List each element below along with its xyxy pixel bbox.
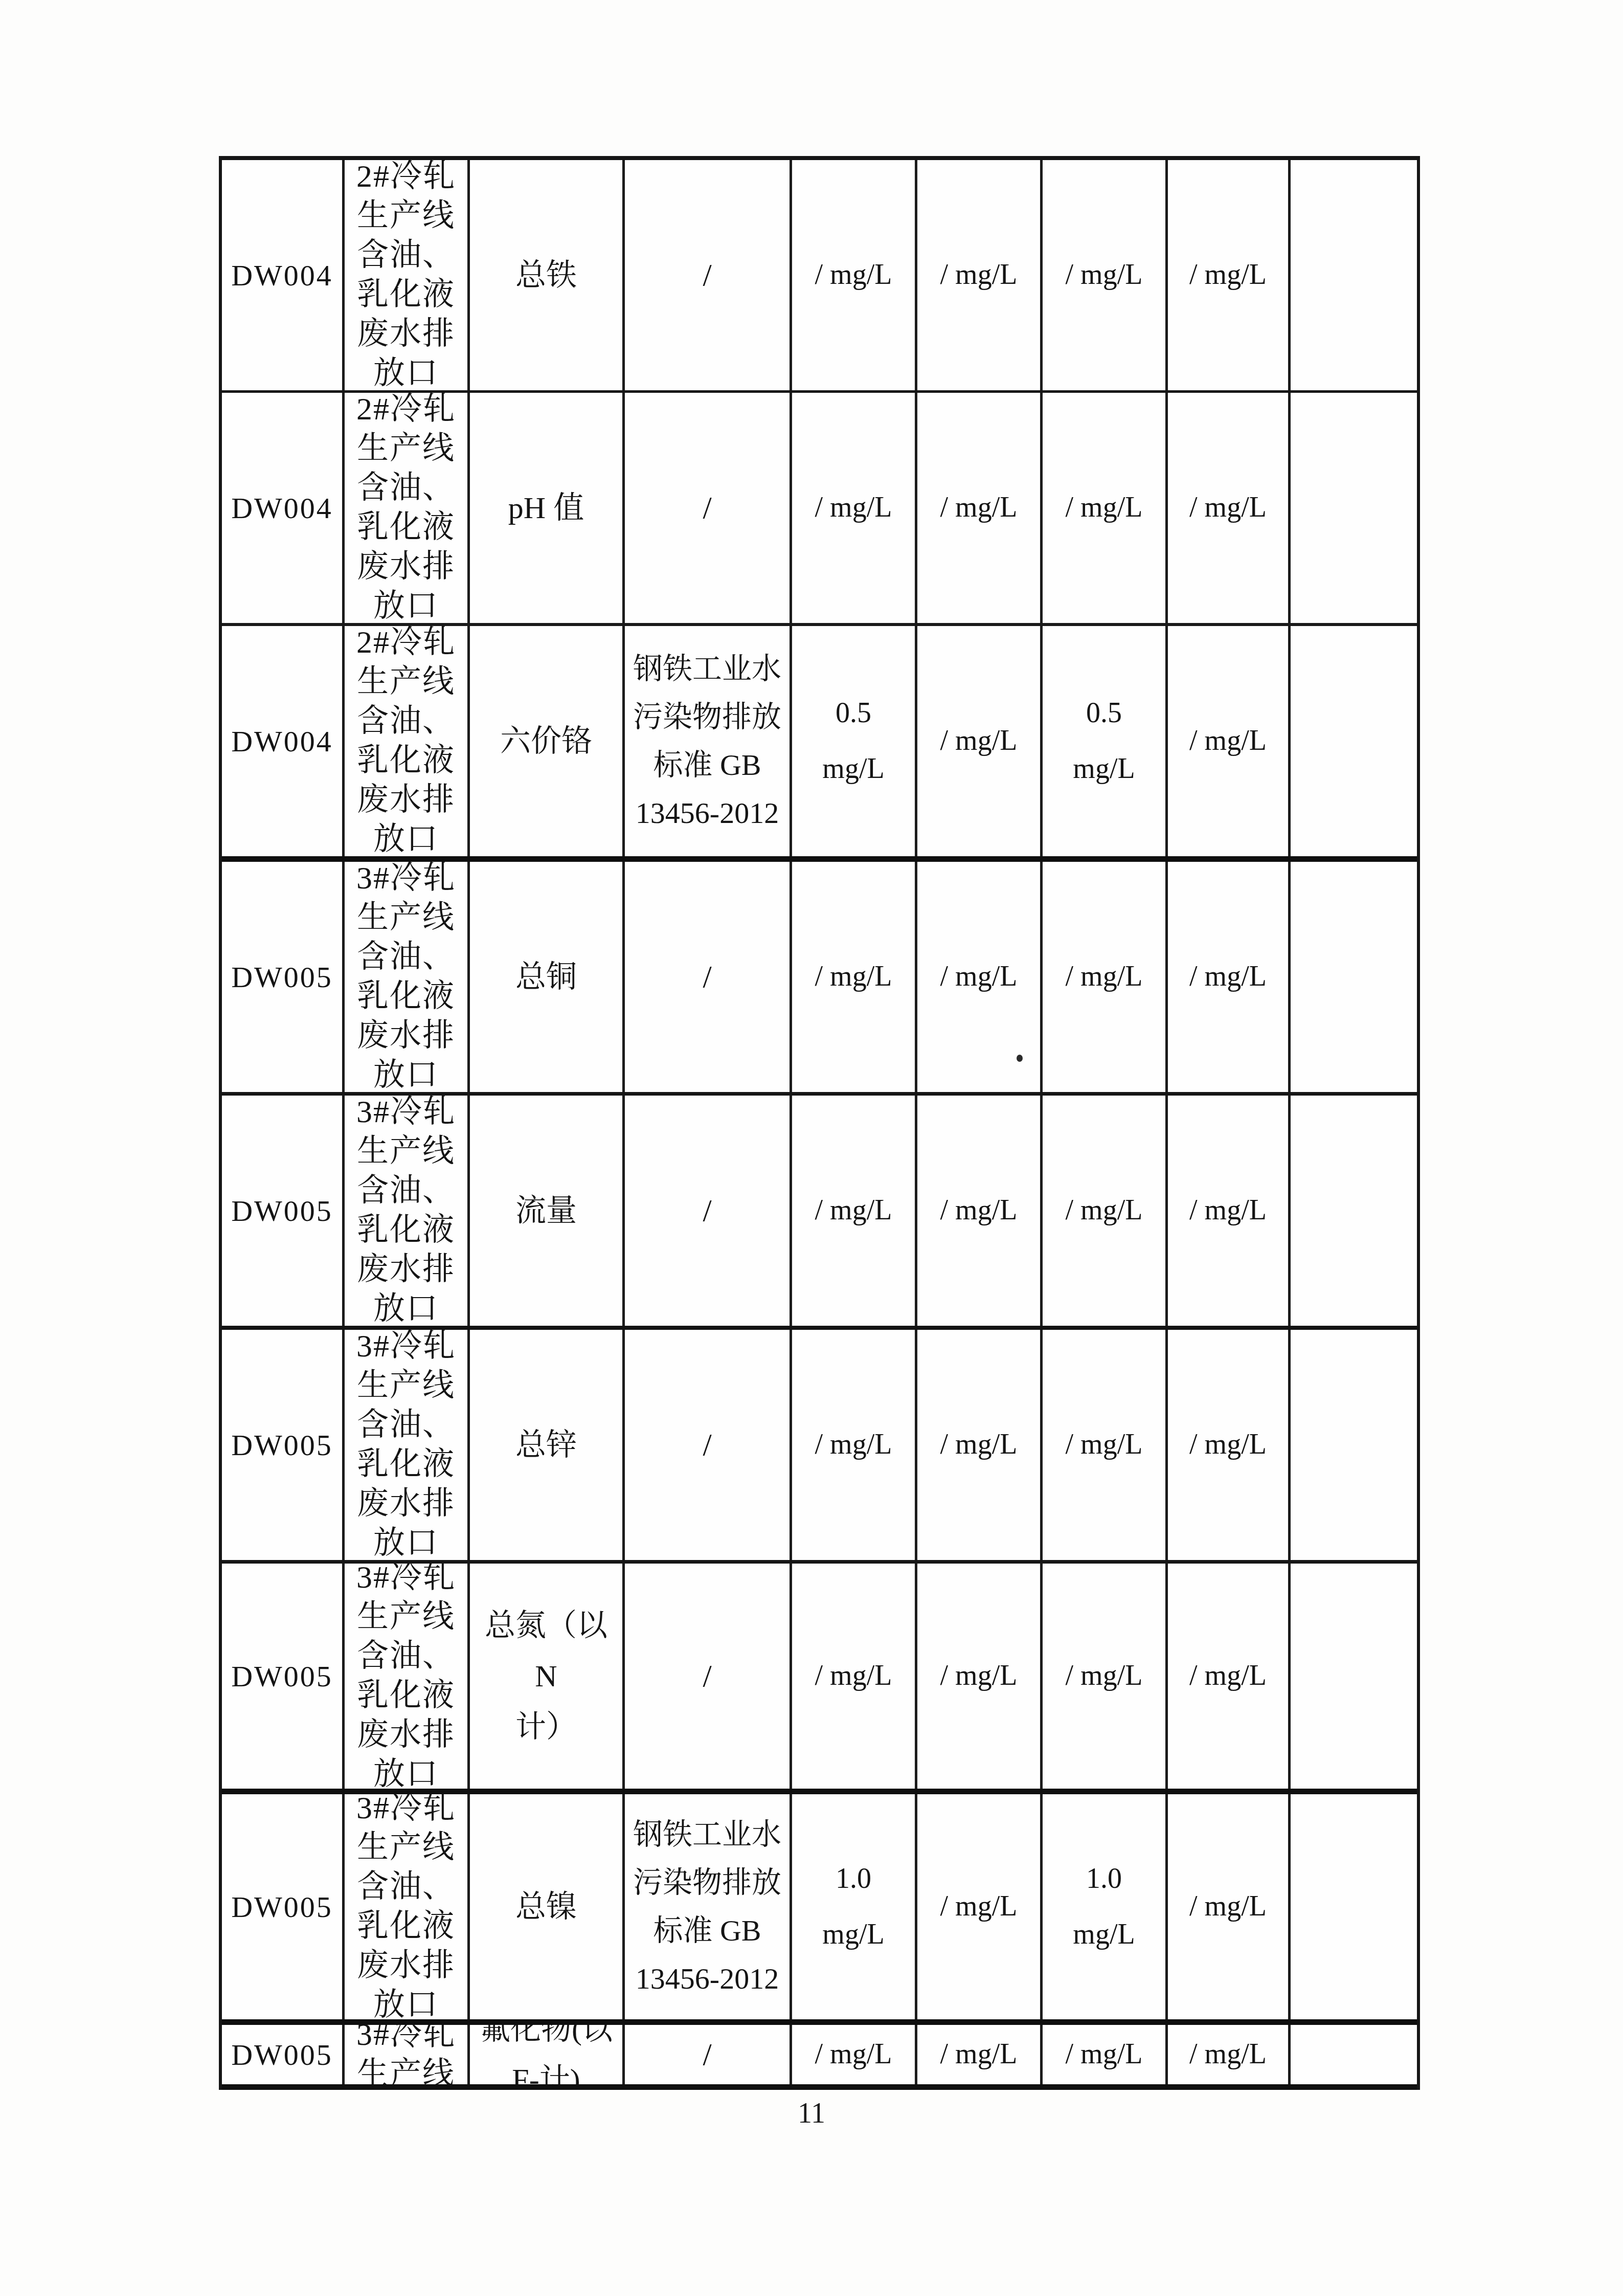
cell-parameter: 流量 <box>470 1096 625 1326</box>
cell-limit-4: / mg/L <box>1168 626 1291 856</box>
cell-limit-2: / mg/L <box>917 1794 1043 2019</box>
cell-limit-1: / mg/L <box>792 862 917 1092</box>
document-page: DW004 2#冷轧 生产线 含油、 乳化液 废水排 放口 总铁 / / mg/… <box>0 0 1623 2296</box>
cell-limit-2: / mg/L <box>917 626 1043 856</box>
cell-parameter: 总镍 <box>470 1794 625 2019</box>
table-row: DW005 3#冷轧 生产线 含油、 乳化液 废水排 放口 总铜 / / mg/… <box>222 862 1417 1096</box>
cell-outlet-name: 3#冷轧 生产线 含油、 乳化液 废水排 放口 <box>345 1794 470 2019</box>
cell-limit-3: / mg/L <box>1043 1096 1168 1326</box>
cell-limit-1: / mg/L <box>792 2025 917 2084</box>
cell-limit-2: / mg/L <box>917 1096 1043 1326</box>
table-row: DW004 2#冷轧 生产线 含油、 乳化液 废水排 放口 总铁 / / mg/… <box>222 160 1417 393</box>
cell-limit-3: / mg/L <box>1043 2025 1168 2084</box>
page-number: 11 <box>0 2097 1623 2130</box>
cell-limit-1: / mg/L <box>792 1096 917 1326</box>
table-row: DW004 2#冷轧 生产线 含油、 乳化液 废水排 放口 pH 值 / / m… <box>222 393 1417 626</box>
table-row: DW005 3#冷轧 生产线 含油、 乳化液 废水排 放口 总镍 钢铁工业水 污… <box>222 1794 1417 2025</box>
cell-limit-2: / mg/L <box>917 1330 1043 1560</box>
cell-outlet-code: DW005 <box>222 1794 345 2019</box>
cell-outlet-code: DW004 <box>222 393 345 623</box>
cell-outlet-name: 2#冷轧 生产线 含油、 乳化液 废水排 放口 <box>345 626 470 856</box>
cell-outlet-name: 3#冷轧 生产线 含油、 乳化液 废水排 放口 <box>345 1330 470 1560</box>
cell-limit-1: / mg/L <box>792 1564 917 1789</box>
cell-limit-3: 0.5 mg/L <box>1043 626 1168 856</box>
cell-parameter: 总铁 <box>470 160 625 390</box>
cell-extra <box>1291 1564 1411 1789</box>
cell-limit-2: / mg/L <box>917 2025 1043 2084</box>
scan-speck-dot <box>1017 1055 1023 1062</box>
cell-parameter: 六价铬 <box>470 626 625 856</box>
cell-standard: / <box>625 2025 792 2084</box>
cell-limit-2: / mg/L <box>917 862 1043 1092</box>
cell-limit-1: / mg/L <box>792 393 917 623</box>
cell-outlet-name: 3#冷轧 生产线 <box>345 2025 470 2084</box>
cell-limit-3: / mg/L <box>1043 160 1168 390</box>
cell-outlet-code: DW004 <box>222 160 345 390</box>
cell-limit-4: / mg/L <box>1168 160 1291 390</box>
cell-limit-2: / mg/L <box>917 393 1043 623</box>
cell-limit-1: 1.0 mg/L <box>792 1794 917 2019</box>
cell-limit-3: / mg/L <box>1043 1330 1168 1560</box>
cell-parameter: 总锌 <box>470 1330 625 1560</box>
table-row: DW004 2#冷轧 生产线 含油、 乳化液 废水排 放口 六价铬 钢铁工业水 … <box>222 626 1417 862</box>
cell-limit-2: / mg/L <box>917 1564 1043 1789</box>
cell-extra <box>1291 862 1411 1092</box>
table-row: DW005 3#冷轧 生产线 氟化物(以 F-计) / / mg/L / mg/… <box>222 2025 1417 2090</box>
cell-outlet-name: 3#冷轧 生产线 含油、 乳化液 废水排 放口 <box>345 1096 470 1326</box>
cell-standard: / <box>625 1564 792 1789</box>
cell-limit-4: / mg/L <box>1168 1794 1291 2019</box>
cell-outlet-code: DW005 <box>222 1330 345 1560</box>
cell-outlet-name: 2#冷轧 生产线 含油、 乳化液 废水排 放口 <box>345 160 470 390</box>
cell-limit-4: / mg/L <box>1168 1096 1291 1326</box>
cell-outlet-name: 2#冷轧 生产线 含油、 乳化液 废水排 放口 <box>345 393 470 623</box>
table-row: DW005 3#冷轧 生产线 含油、 乳化液 废水排 放口 总氮（以 N 计） … <box>222 1564 1417 1794</box>
table-row: DW005 3#冷轧 生产线 含油、 乳化液 废水排 放口 流量 / / mg/… <box>222 1096 1417 1330</box>
cell-limit-3: / mg/L <box>1043 862 1168 1092</box>
cell-limit-3: / mg/L <box>1043 393 1168 623</box>
cell-parameter: 总铜 <box>470 862 625 1092</box>
cell-limit-2: / mg/L <box>917 160 1043 390</box>
cell-outlet-code: DW005 <box>222 1096 345 1326</box>
cell-outlet-name: 3#冷轧 生产线 含油、 乳化液 废水排 放口 <box>345 862 470 1092</box>
cell-limit-1: / mg/L <box>792 1330 917 1560</box>
cell-standard: / <box>625 393 792 623</box>
cell-outlet-code: DW005 <box>222 2025 345 2084</box>
cell-extra <box>1291 1794 1411 2019</box>
cell-limit-1: 0.5 mg/L <box>792 626 917 856</box>
cell-outlet-code: DW005 <box>222 862 345 1092</box>
cell-limit-4: / mg/L <box>1168 1330 1291 1560</box>
cell-standard: / <box>625 1330 792 1560</box>
cell-limit-3: 1.0 mg/L <box>1043 1794 1168 2019</box>
cell-limit-1: / mg/L <box>792 160 917 390</box>
cell-parameter: pH 值 <box>470 393 625 623</box>
cell-standard: / <box>625 1096 792 1326</box>
cell-limit-3: / mg/L <box>1043 1564 1168 1789</box>
cell-extra <box>1291 1330 1411 1560</box>
cell-parameter: 氟化物(以 F-计) <box>470 2025 625 2084</box>
discharge-monitoring-table: DW004 2#冷轧 生产线 含油、 乳化液 废水排 放口 总铁 / / mg/… <box>219 156 1420 2090</box>
cell-standard: 钢铁工业水 污染物排放 标准 GB 13456-2012 <box>625 1794 792 2019</box>
cell-outlet-name: 3#冷轧 生产线 含油、 乳化液 废水排 放口 <box>345 1564 470 1789</box>
cell-extra <box>1291 626 1411 856</box>
cell-limit-4: / mg/L <box>1168 862 1291 1092</box>
table-row: DW005 3#冷轧 生产线 含油、 乳化液 废水排 放口 总锌 / / mg/… <box>222 1330 1417 1564</box>
cell-extra <box>1291 393 1411 623</box>
cell-limit-4: / mg/L <box>1168 2025 1291 2084</box>
cell-standard: / <box>625 160 792 390</box>
cell-standard: 钢铁工业水 污染物排放 标准 GB 13456-2012 <box>625 626 792 856</box>
cell-extra <box>1291 2025 1411 2084</box>
cell-outlet-code: DW005 <box>222 1564 345 1789</box>
cell-parameter: 总氮（以 N 计） <box>470 1564 625 1789</box>
cell-limit-4: / mg/L <box>1168 1564 1291 1789</box>
cell-outlet-code: DW004 <box>222 626 345 856</box>
cell-limit-4: / mg/L <box>1168 393 1291 623</box>
cell-extra <box>1291 160 1411 390</box>
cell-standard: / <box>625 862 792 1092</box>
cell-extra <box>1291 1096 1411 1326</box>
